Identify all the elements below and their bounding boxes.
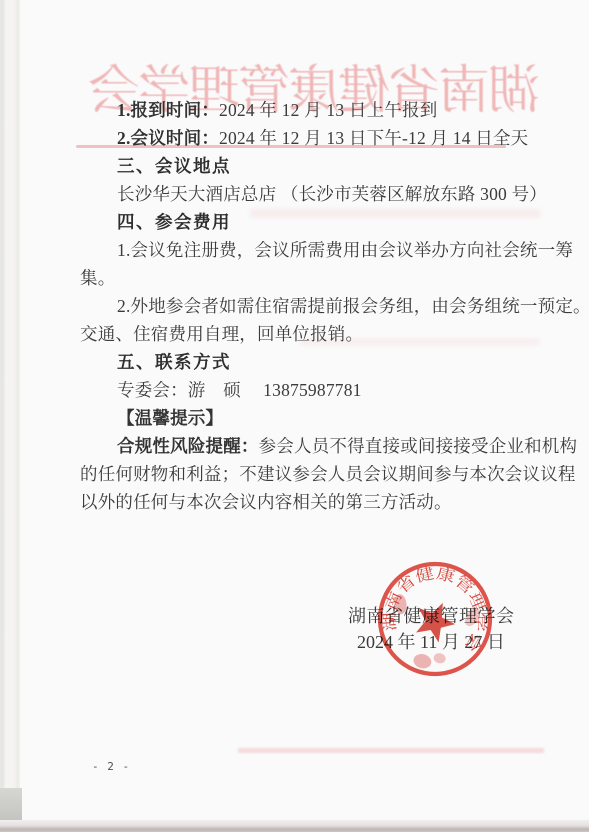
doc-text-line: 2.会议时间：2024 年 12 月 13 日下午-12 月 14 日全天 [80,124,550,152]
scanned-page: 湖南省健康管理学会 1.报到时间：2024 年 12 月 13 日上午报到2.会… [0,0,589,832]
doc-line-bold-label: 2.会议时间： [117,128,219,148]
official-seal: 湖南省健康管理学会 [369,553,501,691]
doc-text-line: 长沙华天大酒店总店 （长沙市芙蓉区解放东路 300 号） [80,180,550,208]
seal-star-icon [409,595,461,646]
document-lines: 1.报到时间：2024 年 12 月 13 日上午报到2.会议时间：2024 年… [80,96,550,516]
doc-heading-line: 五、联系方式 [80,348,550,376]
scan-bottom-edge [0,820,589,832]
scan-corner-shadow [0,788,22,822]
doc-text-line: 1.报到时间：2024 年 12 月 13 日上午报到 [80,96,550,124]
doc-text-line: 2.外地参会者如需住宿需提前报会务组，由会务组统一预定。 [80,292,550,320]
doc-heading-line: 四、参会费用 [80,208,550,236]
doc-text-line: 集。 [80,264,550,292]
doc-text-line: 专委会：游 硕 13875987781 [80,376,550,404]
page-number: - 2 - [92,760,130,773]
doc-text-line: 1.会议免注册费，会议所需费用由会议举办方向社会统一筹 [80,236,550,264]
doc-text-line: 合规性风险提醒：参会人员不得直接或间接接受企业和机构 [80,432,550,460]
doc-text-line: 【温馨提示】 [80,404,550,432]
doc-line-bold-label: 合规性风险提醒： [117,436,259,456]
doc-text-line: 交通、住宿费用自理，回单位报销。 [80,320,550,348]
doc-text-line: 的任何财物和利益；不建议参会人员会议期间参与本次会议议程 [80,460,550,488]
scan-left-edge [0,0,20,822]
doc-line-bold-label: 1.报到时间： [117,100,219,120]
pink-bleed-smudge [238,748,544,753]
seal-smudge [412,652,433,670]
doc-heading-line: 三、会议地点 [80,152,550,180]
seal-smudge [433,652,447,665]
doc-text-line: 以外的任何与本次会议内容相关的第三方活动。 [80,488,550,516]
